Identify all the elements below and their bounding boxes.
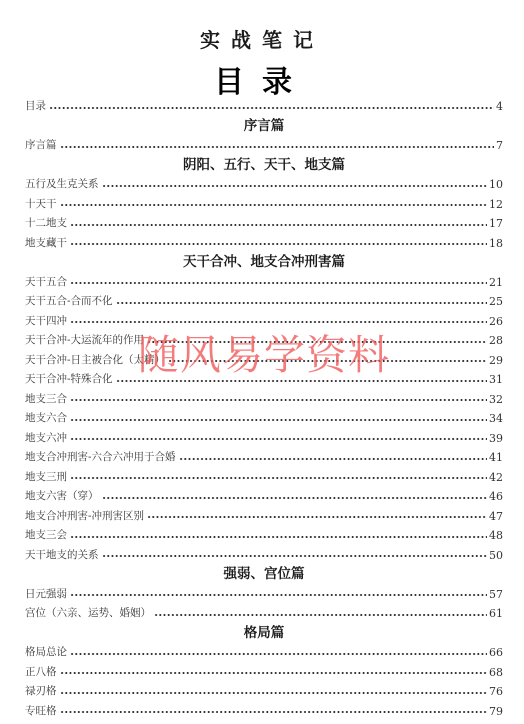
- dot-leader: [70, 653, 487, 655]
- watermark: 随风易学资料: [138, 330, 418, 380]
- toc-section-heading: 强弱、宫位篇: [25, 565, 503, 585]
- toc-entry-page-number: 39: [487, 429, 503, 449]
- dot-leader: [116, 380, 487, 382]
- toc-entry-page-number: 34: [487, 409, 503, 429]
- dot-leader: [70, 477, 487, 479]
- dot-leader: [70, 438, 487, 440]
- dot-leader: [70, 224, 487, 226]
- toc-entry[interactable]: 正八格68: [25, 663, 503, 683]
- toc-entry[interactable]: 目录4: [25, 97, 503, 117]
- toc-entry-page-number: 4: [494, 97, 503, 117]
- toc-entry-label: 格局总论: [25, 643, 70, 663]
- toc-entry-page-number: 68: [487, 663, 503, 683]
- toc-entry[interactable]: 天干四冲26: [25, 312, 503, 332]
- dot-leader: [116, 302, 487, 304]
- toc-entry[interactable]: 地支三合32: [25, 390, 503, 410]
- toc-entry-page-number: 29: [487, 351, 503, 371]
- toc-entry-page-number: 26: [487, 312, 503, 332]
- toc-entry-page-number: 57: [487, 585, 503, 605]
- toc-entry-label: 十天干: [25, 195, 60, 215]
- toc-entry[interactable]: 地支三会48: [25, 526, 503, 546]
- toc-entry-label: 天干地支的关系: [25, 546, 102, 566]
- dot-leader: [102, 185, 488, 187]
- dot-leader: [70, 321, 487, 323]
- toc-section-heading: 格局篇: [25, 624, 503, 644]
- toc-entry-page-number: 42: [487, 468, 503, 488]
- toc-entry-page-number: 10: [487, 175, 503, 195]
- dot-leader: [154, 614, 487, 616]
- toc-entry-page-number: 48: [487, 526, 503, 546]
- toc-entry-label: 地支藏干: [25, 234, 70, 254]
- toc-entry-label: 禄刃格: [25, 682, 60, 702]
- toc-entry-page-number: 12: [487, 195, 503, 215]
- dot-leader: [60, 711, 488, 713]
- table-of-contents: 目录4序言篇序言篇7阴阳、五行、天干、地支篇五行及生克关系10十天干12十二地支…: [25, 97, 503, 721]
- toc-entry-label: 地支合冲刑害-冲刑害区别: [25, 507, 147, 527]
- toc-entry-label: 序言篇: [25, 136, 60, 156]
- toc-entry-label: 地支合冲刑害-六合六冲用于合婚: [25, 448, 179, 468]
- toc-entry[interactable]: 日元强弱57: [25, 585, 503, 605]
- dot-leader: [60, 692, 488, 694]
- dot-leader: [70, 243, 487, 245]
- toc-entry-page-number: 18: [487, 234, 503, 254]
- toc-section-heading: 天干合冲、地支合冲刑害篇: [25, 253, 503, 273]
- dot-leader: [70, 419, 487, 421]
- toc-section-heading: 阴阳、五行、天干、地支篇: [25, 156, 503, 176]
- toc-entry-page-number: 50: [487, 546, 503, 566]
- toc-entry-label: 地支六冲: [25, 429, 70, 449]
- toc-entry-label: 专旺格: [25, 702, 60, 722]
- toc-entry[interactable]: 天干五合-合而不化25: [25, 292, 503, 312]
- toc-entry[interactable]: 地支合冲刑害-六合六冲用于合婚41: [25, 448, 503, 468]
- toc-entry-page-number: 61: [487, 604, 503, 624]
- toc-entry-page-number: 79: [487, 702, 503, 722]
- document-page: 实战笔记 目录 目录4序言篇序言篇7阴阳、五行、天干、地支篇五行及生克关系10十…: [0, 0, 524, 724]
- toc-entry-label: 地支三合: [25, 390, 70, 410]
- toc-entry-label: 天干合冲-特殊合化: [25, 370, 116, 390]
- toc-entry-page-number: 7: [494, 136, 503, 156]
- dot-leader: [60, 146, 495, 148]
- toc-entry-label: 地支三会: [25, 526, 70, 546]
- toc-entry[interactable]: 格局总论66: [25, 643, 503, 663]
- toc-entry-page-number: 46: [487, 487, 503, 507]
- toc-entry[interactable]: 宫位（六亲、运势、婚姻）61: [25, 604, 503, 624]
- book-title: 实战笔记: [0, 24, 524, 53]
- toc-title: 目录: [0, 57, 524, 101]
- toc-entry[interactable]: 十天干12: [25, 195, 503, 215]
- dot-leader: [49, 107, 494, 109]
- toc-entry-label: 天干五合-合而不化: [25, 292, 116, 312]
- toc-entry[interactable]: 禄刃格76: [25, 682, 503, 702]
- toc-entry[interactable]: 地支藏干18: [25, 234, 503, 254]
- toc-entry[interactable]: 地支六合34: [25, 409, 503, 429]
- toc-entry-label: 地支六害（穿）: [25, 487, 102, 507]
- dot-leader: [179, 458, 487, 460]
- toc-entry-label: 目录: [25, 97, 49, 117]
- toc-entry-label: 地支三刑: [25, 468, 70, 488]
- toc-entry-page-number: 47: [487, 507, 503, 527]
- toc-entry-page-number: 66: [487, 643, 503, 663]
- toc-entry-label: 正八格: [25, 663, 60, 683]
- toc-entry[interactable]: 地支合冲刑害-冲刑害区别47: [25, 507, 503, 527]
- toc-section-heading: 序言篇: [25, 117, 503, 137]
- dot-leader: [70, 594, 487, 596]
- dot-leader: [102, 497, 488, 499]
- toc-entry-page-number: 28: [487, 331, 503, 351]
- toc-entry-page-number: 21: [487, 273, 503, 293]
- toc-entry-page-number: 25: [487, 292, 503, 312]
- toc-entry[interactable]: 十二地支17: [25, 214, 503, 234]
- toc-entry[interactable]: 序言篇7: [25, 136, 503, 156]
- dot-leader: [60, 672, 488, 674]
- dot-leader: [70, 282, 487, 284]
- toc-entry-page-number: 41: [487, 448, 503, 468]
- dot-leader: [70, 536, 487, 538]
- toc-entry[interactable]: 天干五合21: [25, 273, 503, 293]
- dot-leader: [70, 399, 487, 401]
- toc-entry-page-number: 31: [487, 370, 503, 390]
- toc-entry-label: 地支六合: [25, 409, 70, 429]
- toc-entry-label: 天干五合: [25, 273, 70, 293]
- toc-entry-label: 宫位（六亲、运势、婚姻）: [25, 604, 154, 624]
- toc-entry[interactable]: 天干地支的关系50: [25, 546, 503, 566]
- toc-entry[interactable]: 地支三刑42: [25, 468, 503, 488]
- toc-entry-page-number: 76: [487, 682, 503, 702]
- toc-entry-label: 十二地支: [25, 214, 70, 234]
- dot-leader: [147, 516, 487, 518]
- dot-leader: [102, 555, 488, 557]
- toc-entry[interactable]: 地支六害（穿）46: [25, 487, 503, 507]
- dot-leader: [60, 204, 488, 206]
- toc-entry[interactable]: 五行及生克关系10: [25, 175, 503, 195]
- toc-entry-page-number: 32: [487, 390, 503, 410]
- toc-entry[interactable]: 地支六冲39: [25, 429, 503, 449]
- toc-entry-label: 天干四冲: [25, 312, 70, 332]
- toc-entry-page-number: 17: [487, 214, 503, 234]
- toc-entry[interactable]: 专旺格79: [25, 702, 503, 722]
- toc-entry-label: 日元强弱: [25, 585, 70, 605]
- toc-entry-label: 天干合冲-大运流年的作用: [25, 331, 147, 351]
- toc-entry-label: 五行及生克关系: [25, 175, 102, 195]
